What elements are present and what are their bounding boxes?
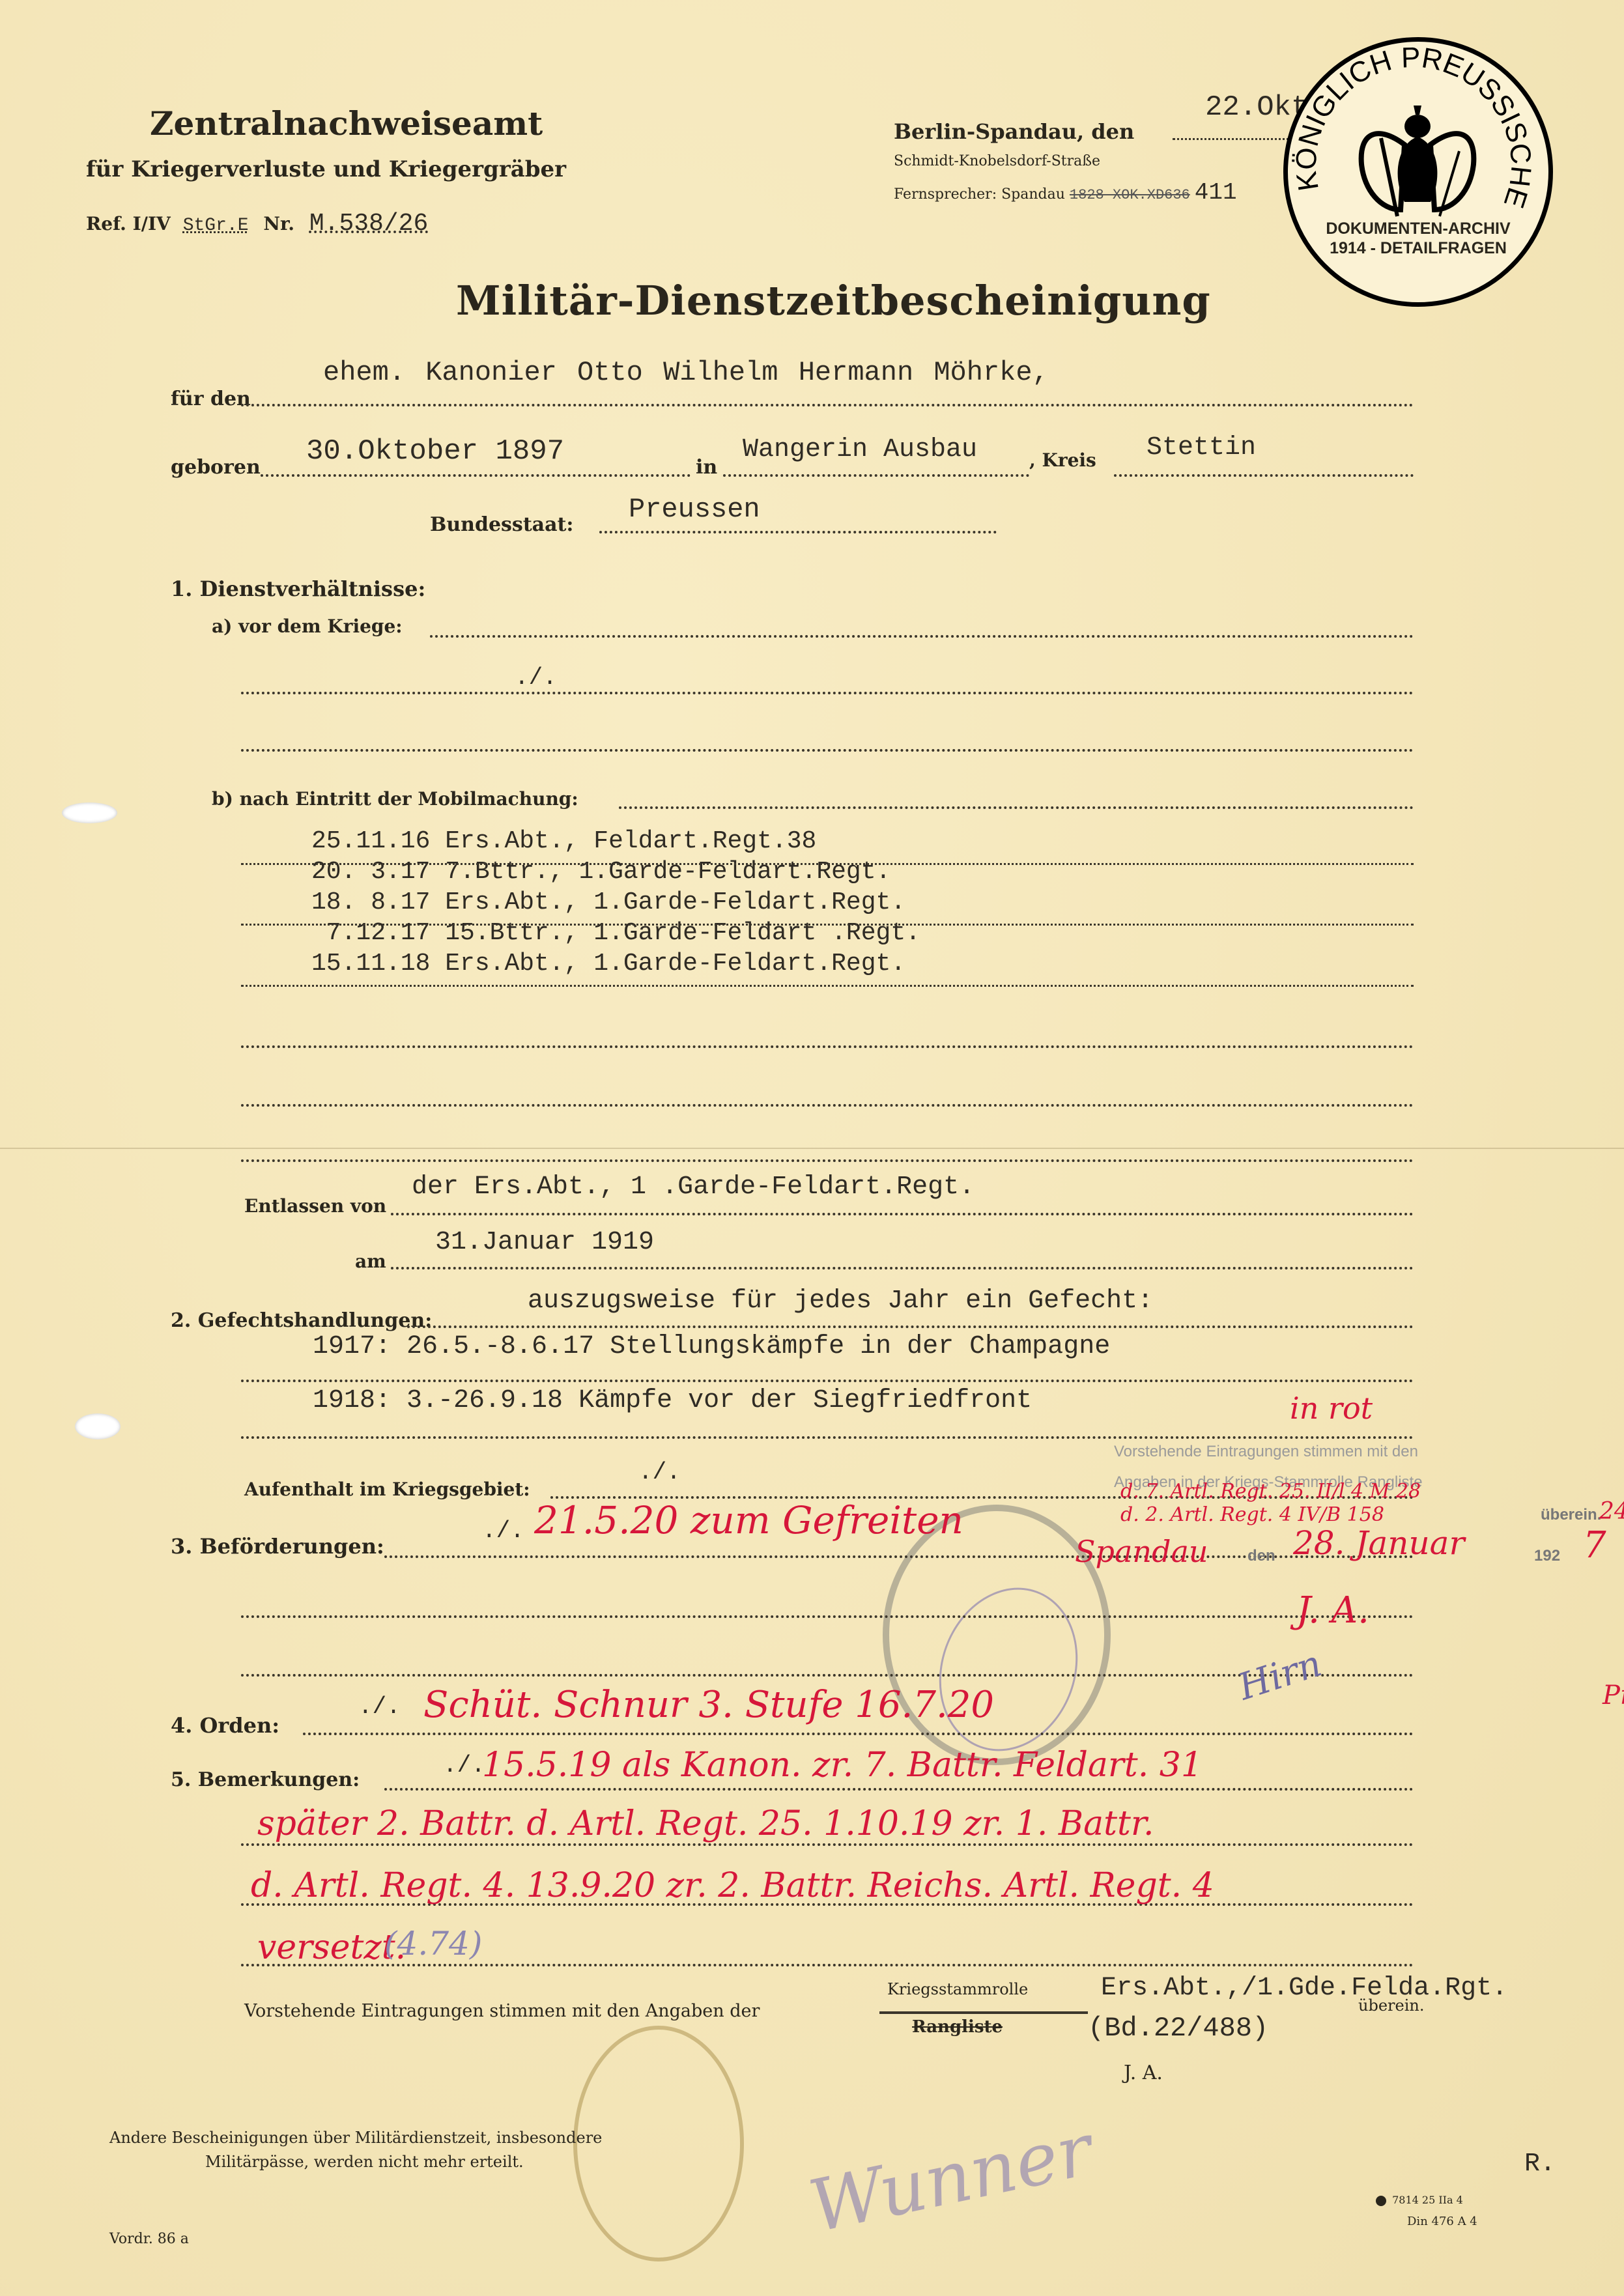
promotion-handwritten: 21.5.20 zum Gefreiten xyxy=(534,1498,963,1542)
street-address: Schmidt-Knobelsdorf-Straße xyxy=(894,153,1100,169)
section3-label: 3. Beförderungen: xyxy=(171,1534,384,1559)
combat-entry: 1917: 26.5.-8.6.17 Stellungskämpfe in de… xyxy=(313,1332,1110,1361)
section5-typed: ./. xyxy=(443,1752,485,1779)
signer-initial: R. xyxy=(1524,2149,1556,2179)
section1b-label: b) nach Eintritt der Mobilmachung: xyxy=(212,788,578,810)
remarks-line: d. Artl. Regt. 4. 13.9.20 zr. 2. Battr. … xyxy=(251,1866,1214,1905)
section5-line2 xyxy=(241,1843,1414,1846)
office-title: Zentralnachweiseamt xyxy=(150,104,543,143)
section1a-value: ./. xyxy=(515,664,557,691)
kreis-label: , Kreis xyxy=(1029,449,1096,471)
footer-notice-1: Andere Bescheinigungen über Militärdiens… xyxy=(109,2129,602,2147)
name-line xyxy=(241,404,1414,406)
section2-intro: auszugsweise für jedes Jahr ein Gefecht: xyxy=(528,1286,1153,1316)
section4-label: 4. Orden: xyxy=(171,1713,279,1738)
am-label: am xyxy=(355,1251,386,1272)
section1b-line5 xyxy=(241,1104,1414,1107)
section1b-line xyxy=(619,806,1414,809)
register-label: Kriegsstammrolle xyxy=(887,1980,1028,1998)
section2-line3 xyxy=(241,1436,1414,1439)
section1b-line6 xyxy=(241,1159,1414,1162)
section3-line2 xyxy=(241,1615,1414,1618)
aufenthalt-value: ./. xyxy=(638,1459,681,1486)
section3-typed: ./. xyxy=(482,1518,524,1544)
combat-entry: 1918: 3.-26.9.18 Kämpfe vor der Siegfrie… xyxy=(313,1386,1032,1415)
gray-ueberein: überein. xyxy=(1541,1506,1601,1524)
section1b-line4 xyxy=(241,1045,1414,1048)
remarks-line: versetzt. xyxy=(257,1928,406,1967)
document-title: Militär-Dienstzeitbescheinigung xyxy=(456,277,1211,324)
phone-struck: 1828 XOK.XD636 xyxy=(1070,187,1190,203)
archive-stamp-ring-text: KÖNIGLICH PREUSSISCHES xyxy=(1283,37,1544,298)
section1b-line3 xyxy=(241,985,1414,987)
gray-den: den xyxy=(1247,1547,1275,1565)
section4-typed: ./. xyxy=(358,1694,401,1720)
in-label: in xyxy=(696,456,717,479)
red-initials: J. A. xyxy=(1296,1589,1369,1632)
section5-line4 xyxy=(241,1964,1414,1966)
gray-year: 192 xyxy=(1534,1547,1560,1565)
section2-line1 xyxy=(407,1325,1414,1328)
red-correction-line2: d. 2. Artl. Regt. 4 IV/B 158 xyxy=(1120,1503,1384,1526)
service-entry: 7.12.17 15.Bttr., 1.Garde-Feldart .Regt. xyxy=(311,918,920,948)
birthdate-line xyxy=(261,474,691,477)
ref-group: StGr.E xyxy=(183,216,249,236)
decoration-handwritten: Schüt. Schnur 3. Stufe 16.7.20 xyxy=(423,1684,994,1726)
red-date: 28. Januar xyxy=(1293,1524,1464,1562)
place-label: Berlin-Spandau, den xyxy=(894,119,1134,144)
service-entry: 15.11.18 Ers.Abt., 1.Garde-Feldart.Regt. xyxy=(311,948,920,979)
archive-stamp-line1: DOKUMENTEN-ARCHIV xyxy=(1288,219,1548,238)
side-initial: Pr. xyxy=(1603,1680,1624,1710)
register-struck: Rangliste xyxy=(912,2017,1003,2037)
footer-notice-2: Militärpässe, werden nicht mehr erteilt. xyxy=(205,2153,524,2171)
red-heading: in rot xyxy=(1290,1391,1373,1426)
service-entries: 25.11.16 Ers.Abt., Feldart.Regt.38 20. 3… xyxy=(311,826,920,979)
red-margin-number: 24 xyxy=(1599,1498,1624,1525)
kreis-line xyxy=(1114,474,1414,477)
bundesstaat-label: Bundesstaat: xyxy=(430,513,574,536)
entlassen-label: Entlassen von xyxy=(244,1195,386,1217)
form-number: Vordr. 86 a xyxy=(109,2231,189,2247)
eagle-icon xyxy=(1361,106,1474,216)
section1b-line2 xyxy=(241,924,1414,926)
archive-stamp-line2: 1914 - DETAILFRAGEN xyxy=(1288,238,1548,258)
am-line xyxy=(391,1267,1414,1269)
section1-label: 1. Dienstverhältnisse: xyxy=(171,576,425,601)
birth-place: Wangerin Ausbau xyxy=(743,435,977,464)
section2-label: 2. Gefechtshandlungen: xyxy=(171,1309,432,1332)
section1a-line1 xyxy=(430,635,1414,638)
birthplace-line xyxy=(723,474,1029,477)
phone-number: 411 xyxy=(1195,179,1237,206)
section2-line2 xyxy=(241,1380,1414,1382)
reference-line: Ref. I/IV StGr.E Nr. M.538/26 xyxy=(86,210,428,238)
print-code: 7814 25 IIa 4 xyxy=(1392,2194,1463,2206)
fold-line xyxy=(0,1148,1624,1149)
phone-label: Fernsprecher: Spandau xyxy=(894,186,1065,203)
office-subtitle: für Kriegerverluste und Kriegergräber xyxy=(86,156,566,182)
punch-hole-bottom xyxy=(75,1413,121,1439)
nr-label: Nr. xyxy=(263,213,294,234)
service-entry: 20. 3.17 7.Bttr., 1.Garde-Feldart.Regt. xyxy=(311,857,920,887)
printer-mark-icon xyxy=(1376,2196,1386,2206)
phone-line: Fernsprecher: Spandau 1828 XOK.XD636 411 xyxy=(894,179,1237,206)
section1a-label: a) vor dem Kriege: xyxy=(212,616,403,637)
bundesstaat-line xyxy=(599,531,997,533)
confirmation-text: Vorstehende Eintragungen stimmen mit den… xyxy=(244,2001,760,2021)
discharge-date: 31.Januar 1919 xyxy=(435,1228,654,1257)
gray-stamp-line1: Vorstehende Eintragungen stimmen mit den xyxy=(1114,1443,1418,1461)
entlassen-value: der Ers.Abt., 1 .Garde-Feldart.Regt. xyxy=(412,1172,975,1202)
red-correction-line1: d. 7. Artl. Regt. 25. II/l 4 M 28 xyxy=(1120,1480,1421,1503)
remarks-line: 15.5.19 als Kanon. zr. 7. Battr. Feldart… xyxy=(482,1746,1203,1785)
aufenthalt-label: Aufenthalt im Kriegsgebiet: xyxy=(244,1479,530,1500)
birth-date: 30.Oktober 1897 xyxy=(306,435,564,468)
print-code-line: 7814 25 IIa 4 xyxy=(1376,2194,1463,2206)
ref-label: Ref. I/IV xyxy=(86,213,171,234)
pencil-note: (4.74) xyxy=(384,1925,482,1963)
service-entry: 25.11.16 Ers.Abt., Feldart.Regt.38 xyxy=(311,826,920,857)
service-entry: 18. 8.17 Ers.Abt., 1.Garde-Feldart.Regt. xyxy=(311,887,920,918)
confirmation-suffix: überein. xyxy=(1358,1996,1424,2015)
fuer-den-label: für den xyxy=(171,388,251,410)
remarks-line: später 2. Battr. d. Artl. Regt. 25. 1.10… xyxy=(257,1804,1154,1843)
entlassen-line xyxy=(391,1213,1414,1215)
confirmation-unit: Ers.Abt.,/1.Gde.Felda.Rgt. xyxy=(1101,1974,1507,2003)
section5-label: 5. Bemerkungen: xyxy=(171,1768,360,1791)
punch-hole-top xyxy=(62,802,117,823)
red-year: 7 xyxy=(1583,1524,1606,1566)
red-place: Spandau xyxy=(1075,1534,1208,1569)
section1a-line3 xyxy=(241,749,1414,752)
confirmation-volume: (Bd.22/488) xyxy=(1088,2013,1268,2044)
section1a-line2 xyxy=(241,692,1414,694)
section5-line1 xyxy=(384,1788,1414,1791)
bundesstaat-value: Preussen xyxy=(629,494,760,525)
register-divider xyxy=(879,2011,1088,2014)
nr-value: M.538/26 xyxy=(309,210,428,238)
din-format: Din 476 A 4 xyxy=(1407,2215,1477,2228)
kreis-value: Stettin xyxy=(1147,433,1256,462)
ia-label: J. A. xyxy=(1124,2062,1163,2084)
person-name: ehem. Kanonier Otto Wilhelm Hermann Möhr… xyxy=(323,357,1049,388)
archive-stamp: KÖNIGLICH PREUSSISCHES DOKUMENTEN-ARCHIV… xyxy=(1283,37,1553,307)
section4-line xyxy=(303,1733,1414,1735)
section1b-line1 xyxy=(241,863,1414,865)
geboren-label: geboren xyxy=(171,456,261,479)
